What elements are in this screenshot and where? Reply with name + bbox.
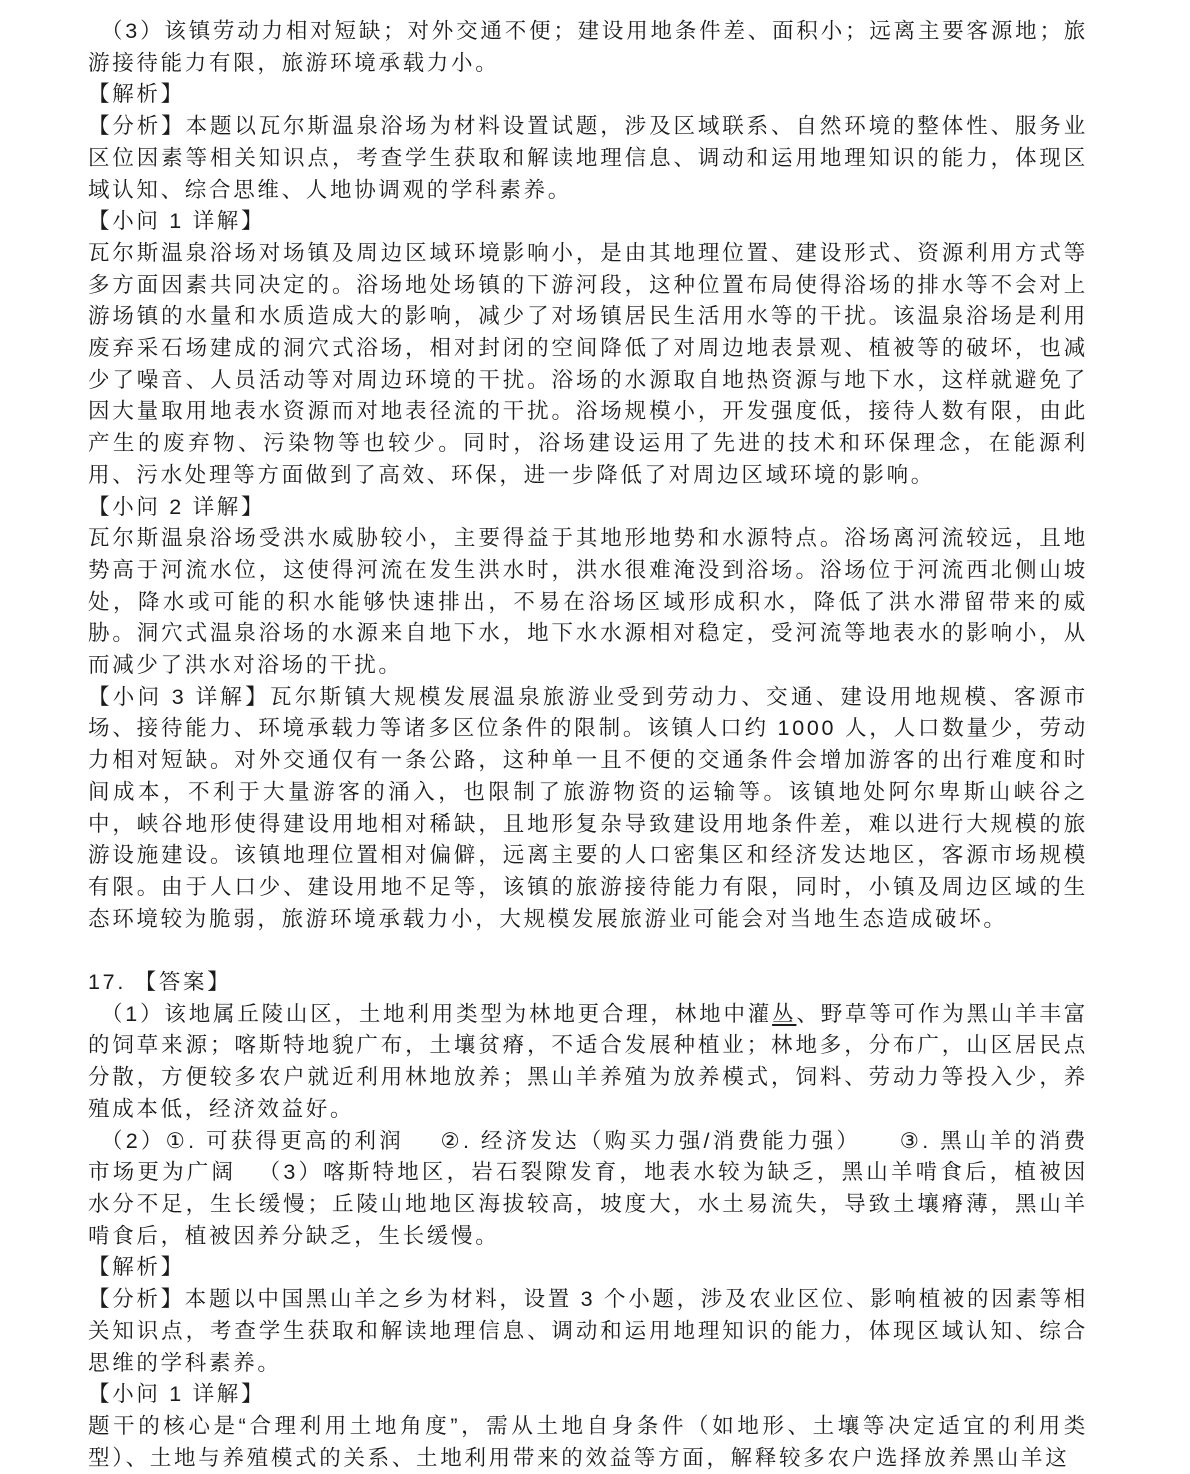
q17-heading-subq1: 【小问 1 详解】 [88,1379,1088,1411]
blank-line [88,935,1088,967]
text-run: 瓦尔斯温泉浴场受洪水威胁较小，主要得益于其地形地势和水源特点。浴场离河流较远，且… [88,526,1088,677]
text-run: ②. 经济发达（购买力强/消费能力强） [440,1129,861,1153]
q17-answer-heading: 17. 【答案】 [88,967,1088,999]
q17-para-subq1: 题干的核心是“合理利用土地角度”，需从土地自身条件（如地形、土壤等决定适宜的利用… [88,1411,1088,1474]
text-run: （3）喀斯特地区，岩石裂隙发育，地表水较为缺乏，黑山羊啃食后，植被因水分不足，生… [88,1160,1088,1247]
tab-gap [236,1178,258,1179]
text-run: 【小问 1 详解】 [88,209,265,233]
q17-answer-part1: （1）该地属丘陵山区，土地利用类型为林地更合理，林地中灌丛、野草等可作为黑山羊丰… [88,999,1088,1126]
tab-gap [861,1147,899,1148]
text-run: 【分析】本题以瓦尔斯温泉浴场为材料设置试题，涉及区域联系、自然环境的整体性、服务… [88,114,1088,201]
q16-heading-subq1: 【小问 1 详解】 [88,206,1088,238]
exam-answer-document: （3）该镇劳动力相对短缺；对外交通不便；建设用地条件差、面积小；远离主要客源地；… [88,0,1088,1474]
text-run: 17. 【答案】 [88,970,231,994]
q16-para-subq2: 瓦尔斯温泉浴场受洪水威胁较小，主要得益于其地形地势和水源特点。浴场离河流较远，且… [88,523,1088,682]
text-run: 【小问 1 详解】 [88,1382,265,1406]
q17-answer-part2-3: （2）①. 可获得更高的利润②. 经济发达（购买力强/消费能力强）③. 黑山羊的… [88,1126,1088,1253]
document-body: （3）该镇劳动力相对短缺；对外交通不便；建设用地条件差、面积小；远离主要客源地；… [88,16,1088,1474]
text-run: （3）该镇劳动力相对短缺；对外交通不便；建设用地条件差、面积小；远离主要客源地；… [88,19,1088,75]
q16-para-overview: 【分析】本题以瓦尔斯温泉浴场为材料设置试题，涉及区域联系、自然环境的整体性、服务… [88,111,1088,206]
text-run: 【解析】 [88,1255,185,1279]
text-run: 【解析】 [88,82,185,106]
text-run: 【小问 2 详解】 [88,495,265,519]
q16-part3-answer: （3）该镇劳动力相对短缺；对外交通不便；建设用地条件差、面积小；远离主要客源地；… [88,16,1088,79]
q17-para-overview: 【分析】本题以中国黑山羊之乡为材料，设置 3 个小题，涉及农业区位、影响植被的因… [88,1284,1088,1379]
text-run: 题干的核心是“合理利用土地角度”，需从土地自身条件（如地形、土壤等决定适宜的利用… [88,1414,1088,1470]
q17-heading-analysis: 【解析】 [88,1252,1088,1284]
text-run: 【小问 3 详解】瓦尔斯镇大规模发展温泉旅游业受到劳动力、交通、建设用地规模、客… [88,685,1088,931]
q16-heading-analysis: 【解析】 [88,79,1088,111]
q16-heading-subq2: 【小问 2 详解】 [88,492,1088,524]
underlined-term: 丛 [772,1002,796,1026]
q16-para-subq1: 瓦尔斯温泉浴场对场镇及周边区域环境影响小，是由其地理位置、建设形式、资源利用方式… [88,238,1088,492]
text-run: （2）①. 可获得更高的利润 [101,1129,404,1153]
text-run: （1）该地属丘陵山区，土地利用类型为林地更合理，林地中灌 [101,1002,772,1026]
text-run: 【分析】本题以中国黑山羊之乡为材料，设置 3 个小题，涉及农业区位、影响植被的因… [88,1287,1088,1374]
text-run: 瓦尔斯温泉浴场对场镇及周边区域环境影响小，是由其地理位置、建设形式、资源利用方式… [88,241,1088,487]
tab-gap [404,1147,440,1148]
q16-para-subq3: 【小问 3 详解】瓦尔斯镇大规模发展温泉旅游业受到劳动力、交通、建设用地规模、客… [88,682,1088,936]
